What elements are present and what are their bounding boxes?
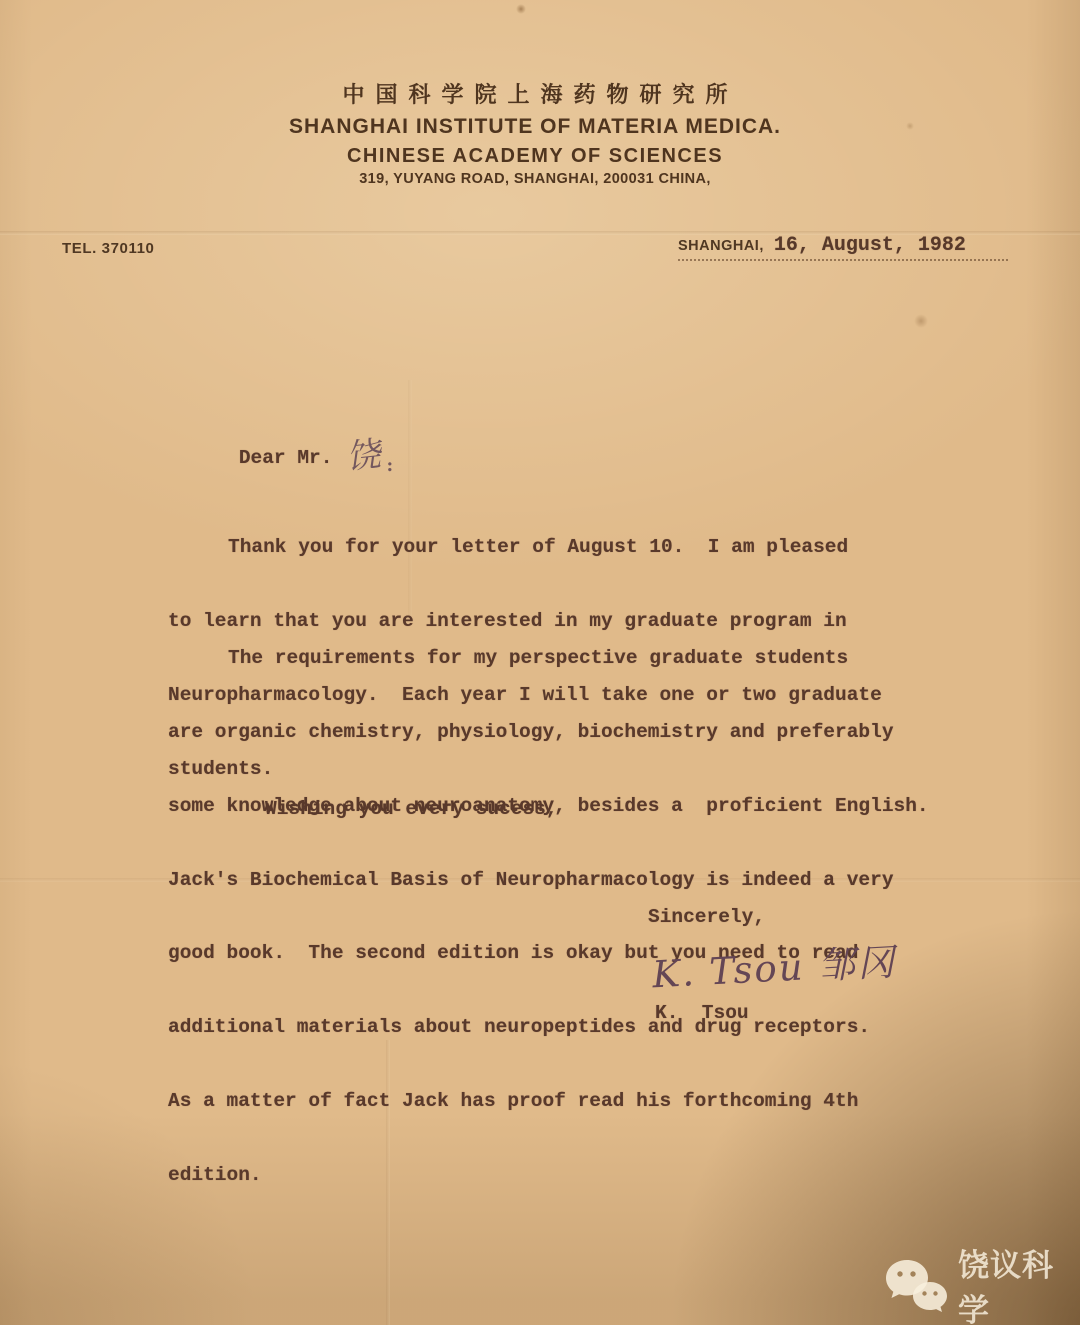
letterhead-academy-name: CHINESE ACADEMY OF SCIENCES [0, 145, 1070, 168]
body-line: Thank you for your letter of August 10. … [168, 535, 882, 560]
body-line: additional materials about neuropeptides… [168, 1015, 929, 1040]
tel-number: TEL. 370110 [62, 240, 155, 257]
salutation-typed: Dear Mr. [239, 447, 333, 469]
letter-paper: 中国科学院上海药物研究所 SHANGHAI INSTITUTE OF MATER… [0, 0, 1080, 1325]
signature-typed-name: K. Tsou [655, 1002, 749, 1024]
body-line: Jack's Biochemical Basis of Neuropharmac… [168, 868, 929, 893]
date-line: SHANGHAI, 16, August, 1982 [678, 234, 1008, 261]
paper-blemish [516, 4, 526, 14]
handwritten-recipient-name: 饶 [344, 426, 383, 478]
letterhead-chinese-title: 中国科学院上海药物研究所 [0, 78, 1070, 109]
letterhead-institute-name: SHANGHAI INSTITUTE OF MATERIA MEDICA. [0, 115, 1070, 139]
typed-date: 16, August, 1982 [774, 234, 966, 257]
body-line: As a matter of fact Jack has proof read … [168, 1089, 929, 1114]
watermark: 饶议科学 [882, 1240, 1080, 1325]
wechat-icon [882, 1256, 948, 1314]
body-line: are organic chemistry, physiology, bioch… [168, 720, 929, 745]
letterhead-address: 319, YUYANG ROAD, SHANGHAI, 200031 CHINA… [0, 171, 1070, 187]
watermark-text: 饶议科学 [958, 1240, 1080, 1325]
closing-line: Wishing you every sucess, [265, 798, 558, 820]
city-label: SHANGHAI, [678, 238, 764, 254]
sincerely-label: Sincerely, [648, 906, 765, 928]
paragraph-2: The requirements for my perspective grad… [168, 597, 929, 1236]
handwritten-colon: : [386, 455, 393, 476]
paper-blemish [914, 314, 928, 328]
body-line: edition. [168, 1163, 929, 1188]
body-line: The requirements for my perspective grad… [168, 646, 929, 671]
